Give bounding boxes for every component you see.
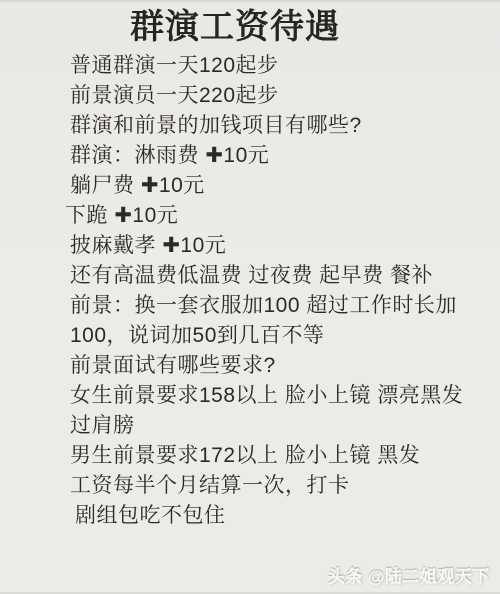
screenshot-root: 群演工资待遇 普通群演一天120起步 前景演员一天220起步 群演和前景的加钱项…	[0, 0, 500, 594]
text-line: 群演：淋雨费 ✚10元	[70, 141, 482, 171]
text-line: 普通群演一天120起步	[70, 51, 482, 81]
text-line: 过肩膀	[70, 411, 482, 441]
text-line: 躺尸费 ✚10元	[70, 171, 482, 201]
toutiao-logo-text: 头条	[328, 567, 363, 586]
text-body: 普通群演一天120起步 前景演员一天220起步 群演和前景的加钱项目有哪些? 群…	[0, 51, 500, 531]
text-line: 还有高温费低温费 过夜费 起早费 餐补	[70, 261, 482, 291]
text-line: 披麻戴孝 ✚10元	[70, 231, 482, 261]
page-title: 群演工资待遇	[0, 0, 500, 47]
text-line: 100，说词加50到几百不等	[70, 321, 482, 351]
text-line: 男生前景要求172以上 脸小上镜 黑发	[70, 441, 482, 471]
text-line: 前景演员一天220起步	[70, 81, 482, 111]
text-line: 工资每半个月结算一次，打卡	[70, 471, 482, 501]
text-line: 前景面试有哪些要求?	[70, 351, 482, 381]
watermark-handle: @陆二姐观天下	[368, 567, 490, 586]
text-line: 女生前景要求158以上 脸小上镜 漂亮黑发	[70, 381, 482, 411]
text-line: 前景：换一套衣服加100 超过工作时长加	[70, 291, 482, 321]
text-line: 群演和前景的加钱项目有哪些?	[70, 111, 482, 141]
text-line: 剧组包吃不包住	[75, 501, 482, 531]
watermark: 头条@陆二姐观天下	[328, 566, 490, 588]
text-line: 下跪 ✚10元	[65, 201, 482, 231]
